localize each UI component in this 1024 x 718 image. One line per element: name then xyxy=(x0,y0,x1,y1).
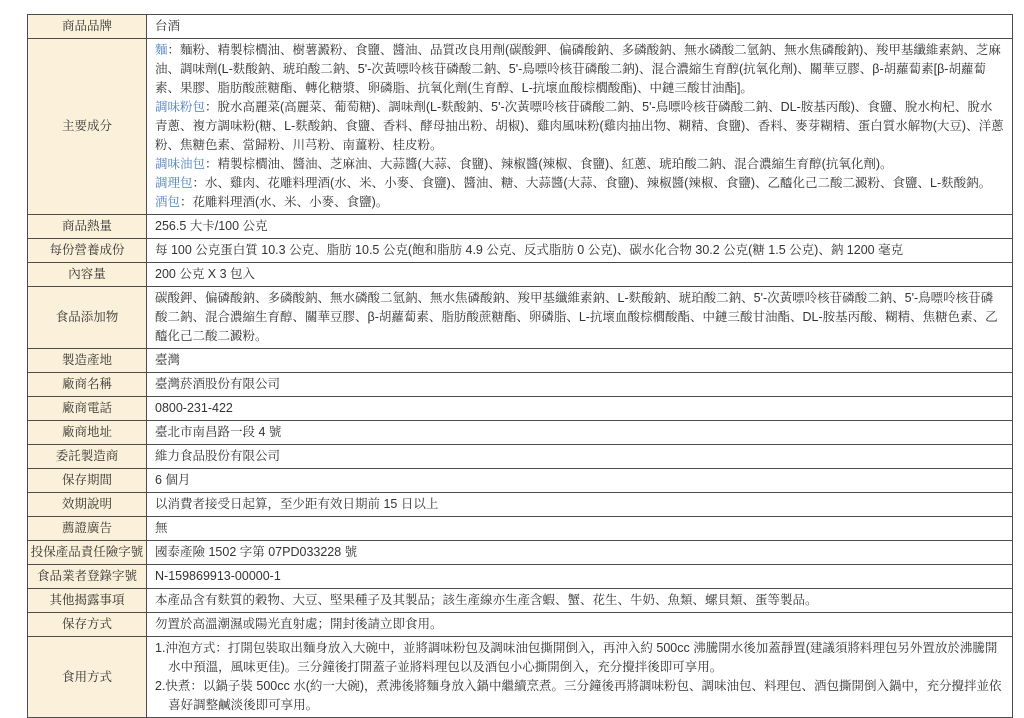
row-value: 國泰產險 1502 字第 07PD033228 號 xyxy=(147,541,1013,565)
ingredient-section: 麵：麵粉、精製棕櫚油、樹薯澱粉、食鹽、醬油、品質改良用劑(碳酸鉀、偏磷酸鈉、多磷… xyxy=(155,41,1004,98)
row-label: 廠商地址 xyxy=(28,421,147,445)
row-label: 效期說明 xyxy=(28,493,147,517)
ingredient-section: 調味油包：精製棕櫚油、醬油、芝麻油、大蒜醬(大蒜、食鹽)、辣椒醬(辣椒、食鹽)、… xyxy=(155,155,1004,174)
table-row: 食品添加物 碳酸鉀、偏磷酸鈉、多磷酸鈉、無水磷酸二氫鈉、無水焦磷酸鈉、羧甲基纖維… xyxy=(28,287,1013,349)
table-row: 保存期間 6 個月 xyxy=(28,469,1013,493)
row-value: 臺灣 xyxy=(147,349,1013,373)
row-label: 薦證廣告 xyxy=(28,517,147,541)
table-row: 委託製造商 維力食品股份有限公司 xyxy=(28,445,1013,469)
row-label: 內容量 xyxy=(28,263,147,287)
row-label: 食品添加物 xyxy=(28,287,147,349)
ingredient-section-text: ：麵粉、精製棕櫚油、樹薯澱粉、食鹽、醬油、品質改良用劑(碳酸鉀、偏磷酸鈉、多磷酸… xyxy=(155,43,1001,95)
row-value: 臺北市南昌路一段 4 號 xyxy=(147,421,1013,445)
ingredient-section-keyword: 酒包 xyxy=(155,195,180,209)
usage-step: 1.沖泡方式：打開包裝取出麵身放入大碗中，並將調味粉包及調味油包撕開倒入，再沖入… xyxy=(155,639,1004,677)
product-info-table: 商品品牌 台酒 主要成分 麵：麵粉、精製棕櫚油、樹薯澱粉、食鹽、醬油、品質改良用… xyxy=(27,14,1013,718)
table-row-main-ingredients: 主要成分 麵：麵粉、精製棕櫚油、樹薯澱粉、食鹽、醬油、品質改良用劑(碳酸鉀、偏磷… xyxy=(28,39,1013,215)
table-row: 商品品牌 台酒 xyxy=(28,15,1013,39)
row-label: 食品業者登錄字號 xyxy=(28,565,147,589)
row-value: 無 xyxy=(147,517,1013,541)
table-row: 其他揭露事項 本產品含有麩質的穀物、大豆、堅果種子及其製品；該生產線亦生產含蝦、… xyxy=(28,589,1013,613)
row-value: 6 個月 xyxy=(147,469,1013,493)
ingredient-section: 調味粉包：脫水高麗菜(高麗菜、葡萄糖)、調味劑(L-麩酸鈉、5'-次黃嘌呤核苷磷… xyxy=(155,98,1004,155)
ingredient-section-text: ：水、雞肉、花雕料理酒(水、米、小麥、食鹽)、醬油、糖、大蒜醬(大蒜、食鹽)、辣… xyxy=(193,176,992,190)
ingredient-section-keyword: 調理包 xyxy=(155,176,193,190)
row-value: 麵：麵粉、精製棕櫚油、樹薯澱粉、食鹽、醬油、品質改良用劑(碳酸鉀、偏磷酸鈉、多磷… xyxy=(147,39,1013,215)
table-row: 每份營養成份 每 100 公克蛋白質 10.3 公克、脂肪 10.5 公克(飽和… xyxy=(28,239,1013,263)
row-value: 以消費者接受日起算，至少距有效日期前 15 日以上 xyxy=(147,493,1013,517)
table-row: 效期說明 以消費者接受日起算，至少距有效日期前 15 日以上 xyxy=(28,493,1013,517)
table-row: 廠商電話 0800-231-422 xyxy=(28,397,1013,421)
ingredient-section-keyword: 調味粉包 xyxy=(155,100,205,114)
row-label: 商品熱量 xyxy=(28,215,147,239)
row-value: 台酒 xyxy=(147,15,1013,39)
row-value: 0800-231-422 xyxy=(147,397,1013,421)
ingredient-section-keyword: 調味油包 xyxy=(155,157,205,171)
table-row: 製造產地 臺灣 xyxy=(28,349,1013,373)
table-row: 保存方式 勿置於高溫潮濕或陽光直射處；開封後請立即食用。 xyxy=(28,613,1013,637)
table-row: 食品業者登錄字號 N-159869913-00000-1 xyxy=(28,565,1013,589)
row-label: 保存方式 xyxy=(28,613,147,637)
row-label: 主要成分 xyxy=(28,39,147,215)
table-row-usage: 食用方式 1.沖泡方式：打開包裝取出麵身放入大碗中，並將調味粉包及調味油包撕開倒… xyxy=(28,637,1013,718)
row-label: 每份營養成份 xyxy=(28,239,147,263)
row-label: 廠商電話 xyxy=(28,397,147,421)
ingredient-section: 調理包：水、雞肉、花雕料理酒(水、米、小麥、食鹽)、醬油、糖、大蒜醬(大蒜、食鹽… xyxy=(155,174,1004,193)
table-row: 商品熱量 256.5 大卡/100 公克 xyxy=(28,215,1013,239)
row-value: 臺灣菸酒股份有限公司 xyxy=(147,373,1013,397)
usage-step: 2.快煮：以鍋子裝 500cc 水(約一大碗)，煮沸後將麵身放入鍋中繼續烹煮。三… xyxy=(155,677,1004,715)
row-value: 200 公克 X 3 包入 xyxy=(147,263,1013,287)
row-value: 256.5 大卡/100 公克 xyxy=(147,215,1013,239)
row-value: 1.沖泡方式：打開包裝取出麵身放入大碗中，並將調味粉包及調味油包撕開倒入，再沖入… xyxy=(147,637,1013,718)
table-row: 廠商地址 臺北市南昌路一段 4 號 xyxy=(28,421,1013,445)
row-value: N-159869913-00000-1 xyxy=(147,565,1013,589)
row-label: 食用方式 xyxy=(28,637,147,718)
row-label: 廠商名稱 xyxy=(28,373,147,397)
row-label: 其他揭露事項 xyxy=(28,589,147,613)
table-row: 薦證廣告 無 xyxy=(28,517,1013,541)
ingredient-section-text: ：精製棕櫚油、醬油、芝麻油、大蒜醬(大蒜、食鹽)、辣椒醬(辣椒、食鹽)、紅蔥、琥… xyxy=(205,157,892,171)
ingredient-section-text: ：花雕料理酒(水、米、小麥、食鹽)。 xyxy=(180,195,388,209)
row-label: 保存期間 xyxy=(28,469,147,493)
row-label: 投保產品責任險字號 xyxy=(28,541,147,565)
ingredient-section-keyword: 麵 xyxy=(155,43,168,57)
table-row: 投保產品責任險字號 國泰產險 1502 字第 07PD033228 號 xyxy=(28,541,1013,565)
row-value: 維力食品股份有限公司 xyxy=(147,445,1013,469)
row-label: 商品品牌 xyxy=(28,15,147,39)
row-label: 委託製造商 xyxy=(28,445,147,469)
table-row: 廠商名稱 臺灣菸酒股份有限公司 xyxy=(28,373,1013,397)
table-row: 內容量 200 公克 X 3 包入 xyxy=(28,263,1013,287)
row-value: 每 100 公克蛋白質 10.3 公克、脂肪 10.5 公克(飽和脂肪 4.9 … xyxy=(147,239,1013,263)
row-label: 製造產地 xyxy=(28,349,147,373)
row-value: 碳酸鉀、偏磷酸鈉、多磷酸鈉、無水磷酸二氫鈉、無水焦磷酸鈉、羧甲基纖維素鈉、L-麩… xyxy=(147,287,1013,349)
row-value: 勿置於高溫潮濕或陽光直射處；開封後請立即食用。 xyxy=(147,613,1013,637)
row-value: 本產品含有麩質的穀物、大豆、堅果種子及其製品；該生產線亦生產含蝦、蟹、花生、牛奶… xyxy=(147,589,1013,613)
ingredient-section: 酒包：花雕料理酒(水、米、小麥、食鹽)。 xyxy=(155,193,1004,212)
ingredient-section-text: ：脫水高麗菜(高麗菜、葡萄糖)、調味劑(L-麩酸鈉、5'-次黃嘌呤核苷磷酸二鈉、… xyxy=(155,100,1004,152)
